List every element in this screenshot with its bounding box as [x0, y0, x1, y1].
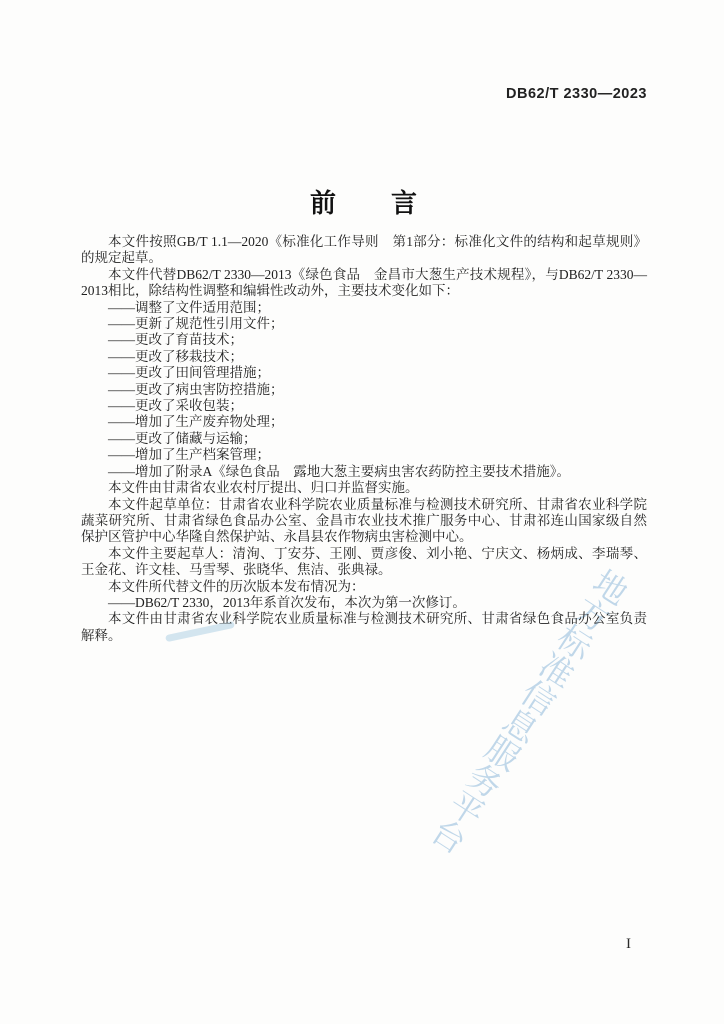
foreword-paragraph: 本文件主要起草人：清洵、丁安芬、王刚、贾彦俊、刘小艳、宁庆文、杨炳成、李瑞琴、王… — [81, 546, 647, 579]
foreword-paragraph: 本文件代替DB62/T 2330—2013《绿色食品 金昌市大葱生产技术规程》，… — [81, 267, 647, 300]
foreword-paragraph: 本文件所代替文件的历次版本发布情况为： — [81, 579, 647, 595]
foreword-paragraph: ——更新了规范性引用文件； — [81, 316, 647, 332]
foreword-paragraph: ——增加了附录A《绿色食品 露地大葱主要病虫害农药防控主要技术措施》。 — [81, 464, 647, 480]
foreword-paragraph: ——更改了田间管理措施； — [81, 365, 647, 381]
foreword-paragraph: ——DB62/T 2330，2013年系首次发布，本次为第一次修订。 — [81, 595, 647, 611]
foreword-paragraph: ——增加了生产档案管理； — [81, 447, 647, 463]
foreword-paragraph: 本文件由甘肃省农业农村厅提出、归口并监督实施。 — [81, 480, 647, 496]
foreword-paragraph: 本文件按照GB/T 1.1—2020《标准化工作导则 第1部分：标准化文件的结构… — [81, 234, 647, 267]
foreword-paragraph: ——更改了采收包装； — [81, 398, 647, 414]
foreword-paragraph: ——更改了育苗技术； — [81, 332, 647, 348]
standard-code: DB62/T 2330—2023 — [81, 86, 647, 102]
page-title: 前 言 — [81, 183, 647, 220]
document-page: DB62/T 2330—2023 前 言 本文件按照GB/T 1.1—2020《… — [0, 0, 724, 1024]
foreword-body: 本文件按照GB/T 1.1—2020《标准化工作导则 第1部分：标准化文件的结构… — [81, 234, 647, 644]
foreword-paragraph: ——更改了储藏与运输； — [81, 431, 647, 447]
page-number: I — [626, 936, 631, 953]
foreword-paragraph: 本文件由甘肃省农业科学院农业质量标准与检测技术研究所、甘肃省绿色食品办公室负责解… — [81, 611, 647, 644]
foreword-paragraph: ——更改了病虫害防控措施； — [81, 382, 647, 398]
foreword-paragraph: 本文件起草单位：甘肃省农业科学院农业质量标准与检测技术研究所、甘肃省农业科学院蔬… — [81, 497, 647, 546]
foreword-paragraph: ——调整了文件适用范围； — [81, 300, 647, 316]
foreword-paragraph: ——更改了移栽技术； — [81, 349, 647, 365]
foreword-paragraph: ——增加了生产废弃物处理； — [81, 414, 647, 430]
